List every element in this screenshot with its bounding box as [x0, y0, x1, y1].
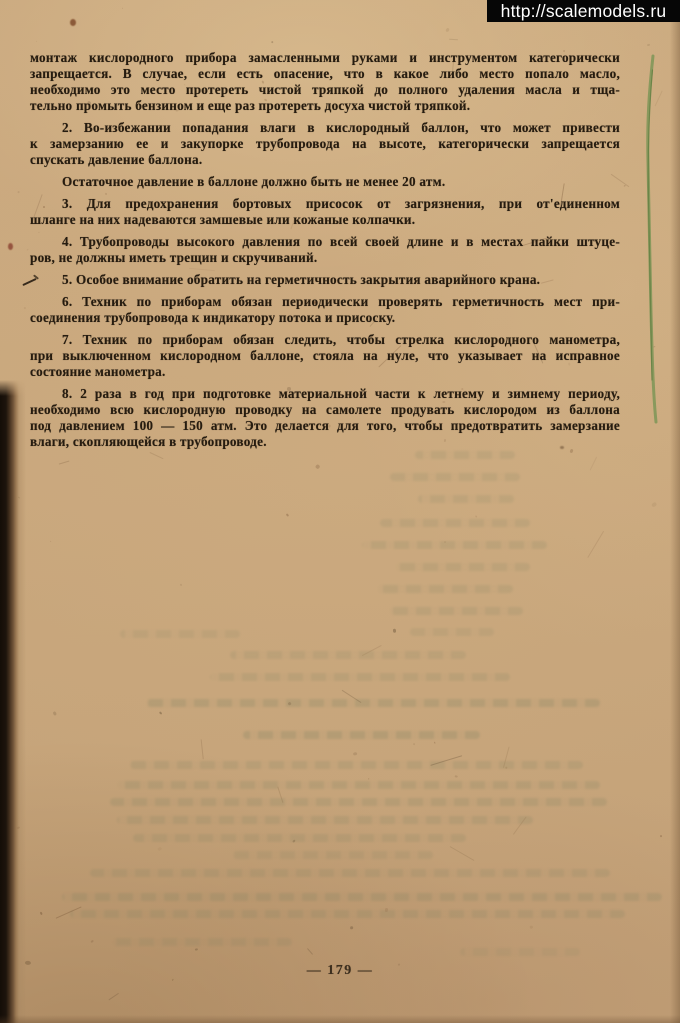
text-line: соединения трубопровода к индикатору пот… — [30, 310, 620, 326]
paragraph: 6. Техник по приборам обязан периодическ… — [30, 294, 620, 326]
text-line: 6. Техник по приборам обязан периодическ… — [30, 294, 620, 310]
bottom-page-edge-shadow — [0, 1015, 680, 1023]
text-line: необходимо всю кислородную проводку на с… — [30, 402, 620, 418]
text-line: запрещается. В случае, если есть опасени… — [30, 66, 620, 82]
text-line: шланге на них надеваются замшевые или ко… — [30, 212, 620, 228]
paragraph: Остаточное давление в баллоне должно быт… — [30, 174, 620, 190]
text-line: необходимо это место протереть чистой тр… — [30, 82, 620, 98]
paragraph: 5. Особое внимание обратить на герметичн… — [30, 272, 620, 288]
right-page-edge-shadow — [670, 22, 680, 1023]
paragraph: 3. Для предохранения бортовых присосок о… — [30, 196, 620, 228]
paragraph: 8. 2 раза в год при подготовке материаль… — [30, 386, 620, 450]
text-line: спускать давление баллона. — [30, 152, 620, 168]
paragraph: 2. Во-избежании попадания влаги в кислор… — [30, 120, 620, 168]
text-line: 8. 2 раза в год при подготовке материаль… — [30, 386, 620, 402]
watermark: http://scalemodels.ru — [487, 0, 680, 22]
text-line: под давлением 100 — 150 атм. Это делаетс… — [30, 418, 620, 434]
text-line: ров, не должны иметь трещин и скручивани… — [30, 250, 620, 266]
text-line: 3. Для предохранения бортовых присосок о… — [30, 196, 620, 212]
text-line: монтаж кислородного прибора замасленными… — [30, 50, 620, 66]
text-line: при выключенном кислородном баллоне, сто… — [30, 348, 620, 364]
text-line: 5. Особое внимание обратить на герметичн… — [30, 272, 620, 288]
text-line: 2. Во-избежании попадания влаги в кислор… — [30, 120, 620, 136]
text-line: состояние манометра. — [30, 364, 620, 380]
text-line: Остаточное давление в баллоне должно быт… — [30, 174, 620, 190]
paragraph: 7. Техник по приборам обязан следить, чт… — [30, 332, 620, 380]
document-text: монтаж кислородного прибора замасленными… — [30, 50, 620, 456]
text-line: 4. Трубопроводы высокого давления по все… — [30, 234, 620, 250]
text-line: к замерзанию ее и закупорке трубопровода… — [30, 136, 620, 152]
text-line: тельно промыть бензином и еще раз протер… — [30, 98, 620, 114]
text-line: влаги, скопляющейся в трубопроводе. — [30, 434, 620, 450]
left-binding-shadow — [0, 380, 26, 1023]
page-number: — 179 — — [30, 963, 650, 979]
paragraph: 4. Трубопроводы высокого давления по все… — [30, 234, 620, 266]
text-line: 7. Техник по приборам обязан следить, чт… — [30, 332, 620, 348]
paragraph: монтаж кислородного прибора замасленными… — [30, 50, 620, 114]
scan-page: http://scalemodels.ru монтаж кислородног… — [0, 0, 680, 1023]
